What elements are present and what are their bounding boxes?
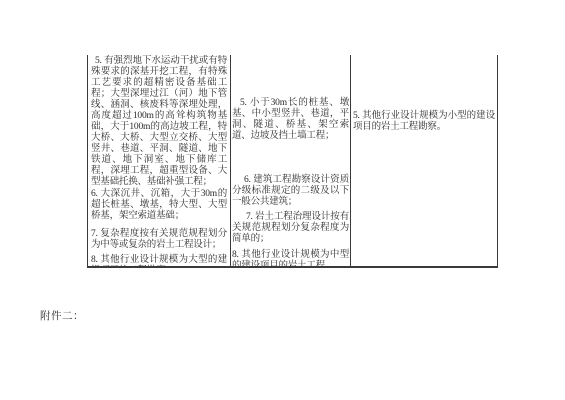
document-page: 5. 有强烈地下水运动干扰或有特殊要求的深基开挖工程，有特殊工艺要求的超精密设备…	[0, 0, 565, 400]
qualification-standard-table: 5. 有强烈地下水运动干扰或有特殊要求的深基开挖工程，有特殊工艺要求的超精密设备…	[87, 55, 498, 268]
table-cell-item: 6. 大深沉井、沉箱，大于30m的超长桩基、墩基，特大型、大型桥基，架空索道基础…	[91, 189, 227, 222]
table-column-3: 5. 其他行业设计规模为小型的建设项目的岩土工程勘察。	[351, 55, 497, 266]
table-cell-item: 8. 其他行业设计规模为大型的建设项目的工程勘察。	[91, 255, 227, 266]
table-cell-item: 5. 小于30m长的桩基、墩基、中小型竖井、巷道，平洞、隧道、桥基、架空索道、边…	[232, 98, 349, 142]
table-column-2: 5. 小于30m长的桩基、墩基、中小型竖井、巷道，平洞、隧道、桥基、架空索道、边…	[231, 55, 351, 266]
table-cell-item: 6. 建筑工程勘察设计资质分级标准规定的二级及以下一般公共建筑；	[232, 175, 349, 208]
table-column-1: 5. 有强烈地下水运动干扰或有特殊要求的深基开挖工程，有特殊工艺要求的超精密设备…	[88, 55, 231, 266]
table-cell-item: 7. 岩土工程治理设计按有关规范规程划分复杂程度为简单的；	[232, 212, 349, 245]
table-cell-item: 8. 其他行业设计规模为中型的建设项目的岩土工程。	[232, 250, 349, 266]
table-cell-item: 7. 复杂程度按有关规范规程划分为中等或复杂的岩土工程设计；	[91, 229, 227, 251]
table-cell-item: 5. 其他行业设计规模为小型的建设项目的岩土工程勘察。	[353, 111, 495, 133]
attachment-label: 附件二：	[40, 308, 84, 323]
table-cell-item: 5. 有强烈地下水运动干扰或有特殊要求的深基开挖工程，有特殊工艺要求的超精密设备…	[91, 56, 227, 188]
